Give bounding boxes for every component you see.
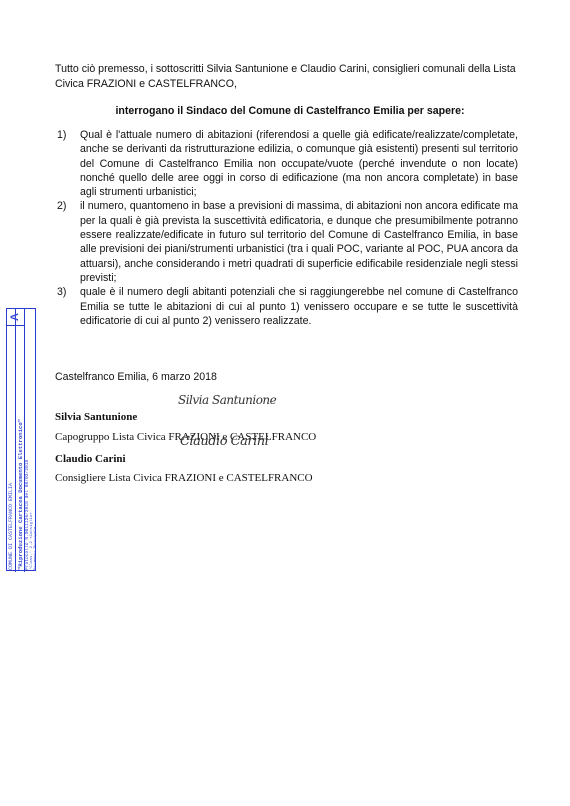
stamp-letter: A bbox=[7, 309, 24, 326]
stamp-divider bbox=[15, 309, 16, 572]
question-item: 2) il numero, quantomeno in base a previ… bbox=[55, 199, 518, 285]
intro-paragraph: Tutto ciò premesso, i sottoscritti Silvi… bbox=[55, 62, 525, 91]
handwritten-signature: Silvia Santunione bbox=[178, 393, 276, 407]
signatory-role: Consigliere Lista Civica FRAZIONI e CAST… bbox=[55, 472, 313, 484]
place-date: Castelfranco Emilia, 6 marzo 2018 bbox=[55, 371, 217, 383]
question-item: 3) quale è il numero degli abitanti pote… bbox=[55, 285, 518, 328]
document-heading: interrogano il Sindaco del Comune di Cas… bbox=[55, 105, 525, 117]
handwritten-signature: Claudio Carini bbox=[180, 434, 268, 449]
question-number: 2) bbox=[57, 199, 66, 213]
stamp-document-type: Documento Principale bbox=[34, 527, 38, 570]
question-number: 3) bbox=[57, 285, 66, 299]
protocol-stamp: A COMUNE DI CASTELFRANCO EMILIA "Riprodu… bbox=[6, 308, 36, 571]
question-text: Qual è l'attuale numero di abitazioni (r… bbox=[80, 129, 518, 198]
signatory-name: Claudio Carini bbox=[55, 453, 126, 465]
signatory-name: Silvia Santunione bbox=[55, 411, 137, 423]
stamp-title: "Riproduzione Cartacea Documento Elettro… bbox=[17, 419, 24, 570]
question-number: 1) bbox=[57, 128, 66, 142]
question-text: il numero, quantomeno in base a previsio… bbox=[80, 200, 518, 283]
question-text: quale è il numero degli abitanti potenzi… bbox=[80, 286, 518, 327]
question-item: 1) Qual è l'attuale numero di abitazioni… bbox=[55, 128, 518, 199]
questions-list: 1) Qual è l'attuale numero di abitazioni… bbox=[55, 128, 518, 328]
stamp-municipality: COMUNE DI CASTELFRANCO EMILIA bbox=[8, 483, 14, 570]
stamp-content: A COMUNE DI CASTELFRANCO EMILIA "Riprodu… bbox=[7, 309, 37, 572]
